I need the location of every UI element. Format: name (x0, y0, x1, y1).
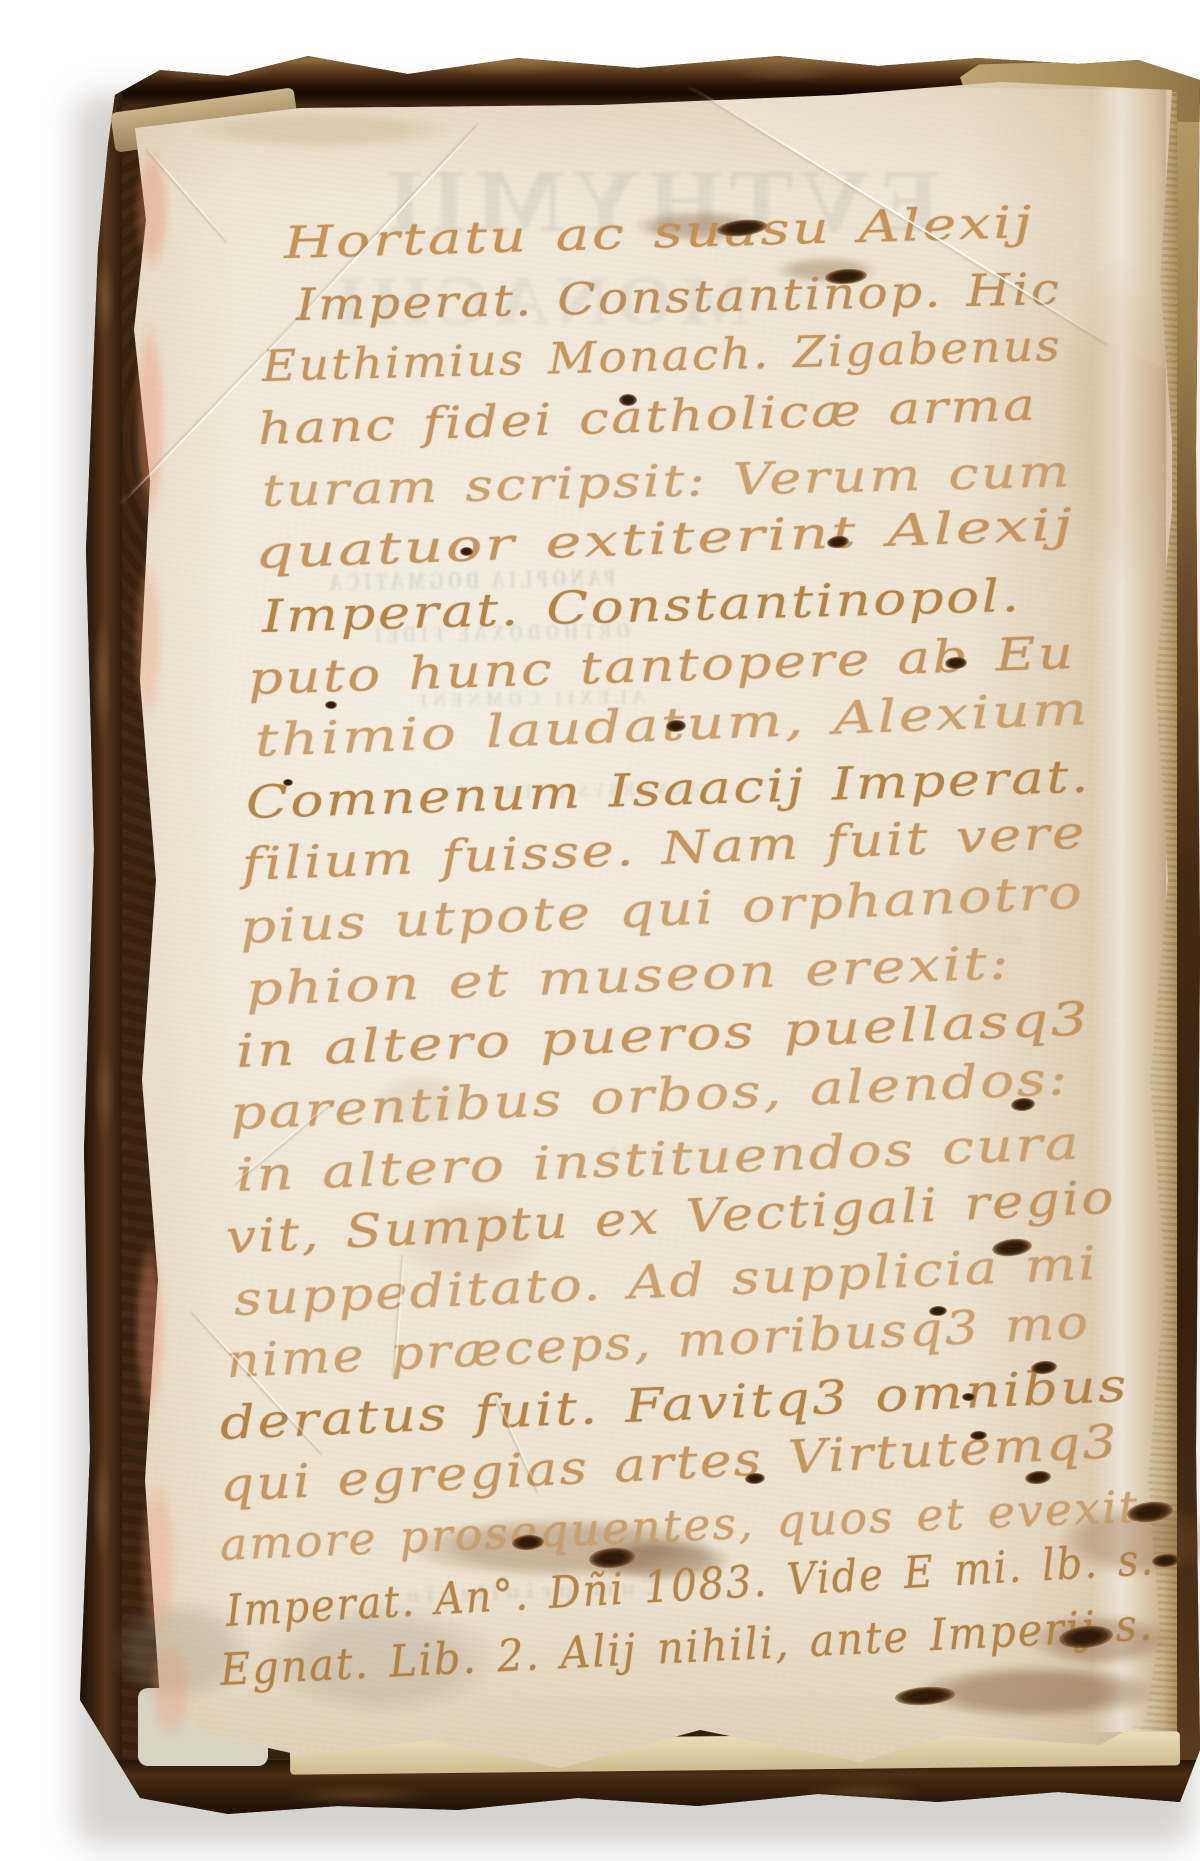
worm-hole (325, 701, 337, 709)
worm-hole (1030, 1359, 1057, 1375)
wormholes-layer (0, 0, 1200, 1861)
worm-hole (1126, 1499, 1174, 1524)
worm-hole (666, 719, 687, 732)
worm-hole (460, 547, 473, 556)
worm-hole (826, 535, 849, 550)
worm-hole (619, 394, 637, 406)
worm-hole (894, 1685, 955, 1707)
worm-hole (1151, 1552, 1180, 1567)
photo-of-manuscript-flyleaf: EVTHYMIIMONACHIPANOPLIA DOGMATICAORTHODO… (0, 0, 1200, 1861)
worm-hole (945, 656, 968, 669)
worm-hole (962, 1393, 975, 1401)
worm-hole (588, 1546, 636, 1570)
worm-hole (745, 1472, 766, 1484)
worm-hole (929, 1306, 947, 1317)
worm-hole (1058, 1623, 1114, 1651)
worm-hole (1024, 1469, 1051, 1485)
worm-hole (716, 217, 767, 238)
worm-hole (991, 1236, 1033, 1258)
worm-hole (512, 1533, 545, 1550)
worm-hole (1010, 1096, 1035, 1111)
worm-hole (969, 1430, 986, 1440)
worm-hole (825, 267, 868, 285)
worm-hole (283, 779, 293, 786)
